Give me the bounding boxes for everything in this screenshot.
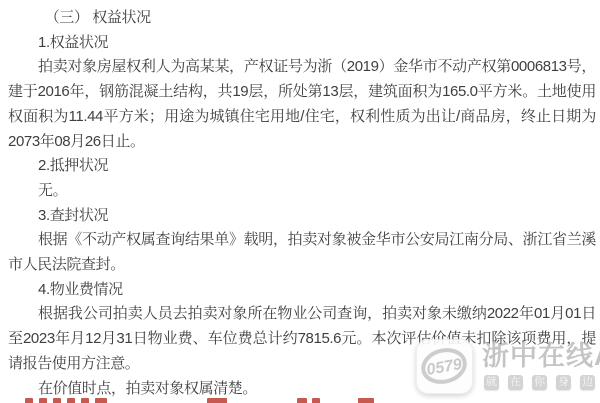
watermark-tagline-char: 在 (508, 375, 523, 390)
watermark-title: 浙中在线APP (482, 342, 600, 370)
app-logo-icon: 0579 (416, 339, 473, 394)
watermark-text-block: 浙中在线APP 就在你身边 (482, 339, 600, 401)
red-text-fragment (297, 398, 307, 403)
red-text-fragment (25, 398, 33, 403)
swirl-0579-icon: 0579 (416, 339, 473, 394)
watermark-tagline-char: 就 (484, 375, 499, 390)
section-subheading: 2.抵押状况 (8, 154, 596, 179)
red-text-fragment (67, 398, 75, 403)
paragraph: 根据《不动产权属查询结果单》载明，拍卖对象被金华市公安局江南分局、浙江省兰溪市人… (8, 228, 596, 277)
red-text-fragment (81, 398, 89, 403)
watermark-tagline-char: 身 (556, 375, 571, 390)
red-text-fragment (358, 398, 374, 403)
cutoff-red-text-line (25, 398, 374, 403)
watermark: 0579 浙中在线APP 就在你身边 (416, 339, 600, 401)
section-subheading: 1.权益状况 (8, 31, 596, 56)
watermark-tagline: 就在你身边 (482, 375, 600, 390)
red-text-fragment (207, 398, 227, 403)
section-subheading: 4.物业费情况 (8, 278, 596, 303)
red-text-fragment (53, 398, 61, 403)
paragraph: 无。 (8, 179, 596, 204)
red-text-fragment (312, 398, 320, 403)
watermark-tagline-char: 你 (532, 375, 547, 390)
watermark-tagline-char: 边 (580, 375, 595, 390)
section-heading: （三） 权益状况 (8, 6, 596, 31)
red-text-fragment (95, 398, 107, 403)
section-subheading: 3.查封状况 (8, 204, 596, 229)
paragraph: 拍卖对象房屋权利人为高某某，产权证号为浙（2019）金华市不动产权第000681… (8, 55, 596, 154)
red-text-fragment (39, 398, 47, 403)
